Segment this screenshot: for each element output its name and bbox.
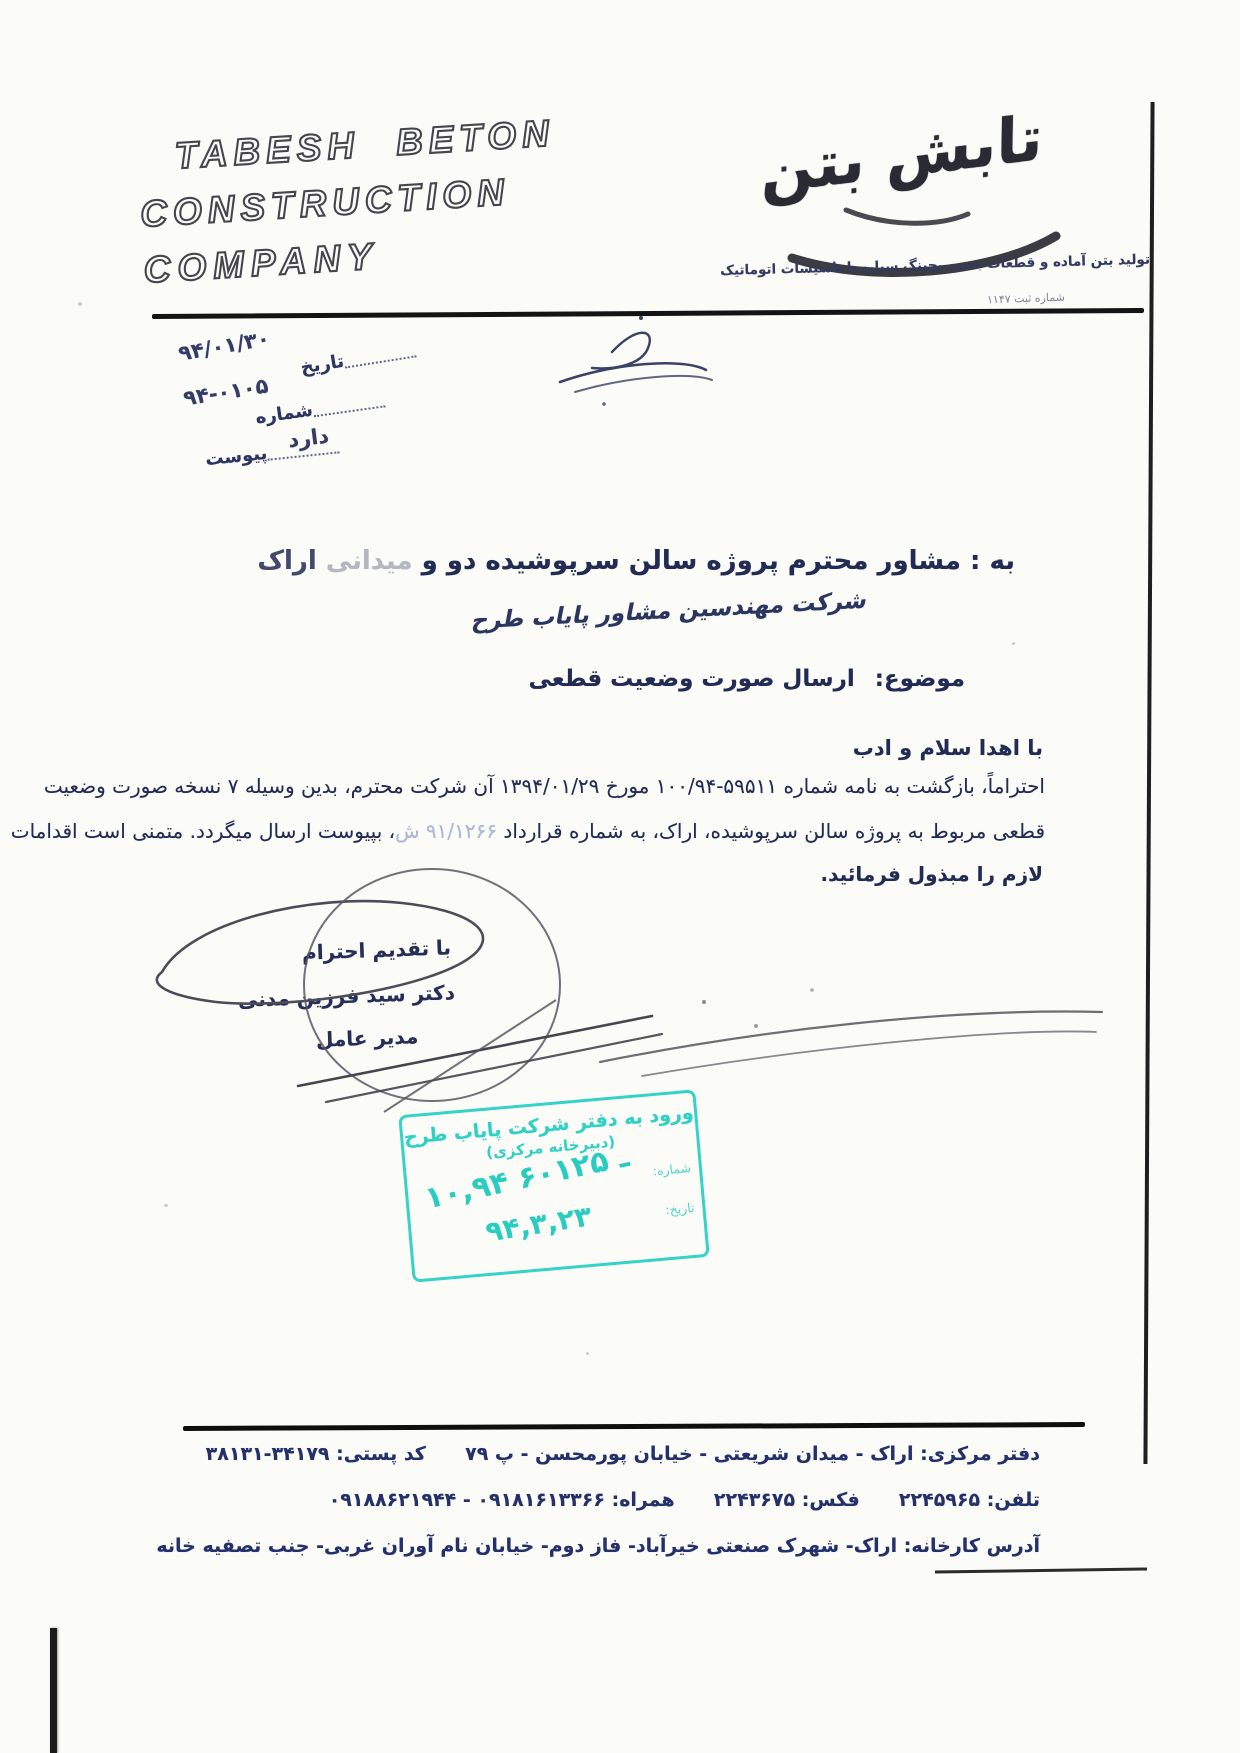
footer-phone-line: تلفن: ۲۲۴۵۹۶۵ فکس: ۲۲۴۳۶۷۵ همراه: ۰۹۱۸۱۶… xyxy=(329,1489,1040,1511)
letter-number-label: شماره xyxy=(254,400,314,429)
attachment-dotted-leader xyxy=(267,447,339,460)
footer-fax-value: ۲۲۴۳۶۷۵ xyxy=(714,1489,795,1511)
contract-number: ۹۱/۱۲۶۶ ش xyxy=(395,819,497,843)
footer-mobile-value: ۰۹۱۸۱۶۱۳۳۶۶ - ۰۹۱۸۸۶۲۱۹۴۴ xyxy=(329,1489,605,1511)
registration-number: شماره ثبت ۱۱۴۷ xyxy=(987,291,1065,307)
entry-stamp-number-label: شماره: xyxy=(652,1160,691,1178)
scan-edge-line xyxy=(1143,102,1154,1464)
entry-stamp-date-value: ۹۴,۳,۲۳ xyxy=(483,1199,594,1248)
footer-fax-label: فکس: xyxy=(802,1489,860,1511)
footer-factory-line: آدرس کارخانه: اراک- شهرک صنعتی خیرآباد- … xyxy=(156,1535,1040,1557)
attachment-field: پیوست xyxy=(204,435,346,471)
company-tagline: تولید بتن آماده و قطعات بتنی، بچینگ سیار… xyxy=(820,252,1150,277)
scan-noise xyxy=(164,1204,168,1207)
footer-factory-label: آدرس کارخانه: xyxy=(904,1535,1040,1557)
entry-stamp: ورود به دفتر شرکت پایاب طرح (دبیرخانه مر… xyxy=(398,1089,710,1282)
subject-label: موضوع: xyxy=(875,666,965,692)
footer-office-label: دفتر مرکزی: xyxy=(920,1443,1040,1465)
bottom-right-rule xyxy=(935,1568,1147,1573)
company-logo-persian: تابش بتن xyxy=(752,99,1051,209)
recipient-text-tail: اراک xyxy=(257,546,325,576)
signatory-title: مدیر عامل xyxy=(316,1024,419,1052)
scan-noise xyxy=(586,1352,589,1355)
attachment-label: پیوست xyxy=(204,443,268,470)
letter-number-dotted-leader xyxy=(313,401,385,417)
scan-noise xyxy=(78,302,82,306)
recipient-text: به : مشاور محترم پروژه سالن سرپوشیده دو … xyxy=(413,546,1015,576)
date-dotted-leader xyxy=(344,351,416,368)
footer-postal-label: کد پستی: xyxy=(336,1443,426,1465)
salutation-line: با اهدا سلام و ادب xyxy=(853,736,1043,760)
footer-postal-value: ۳۸۱۳۱-۳۴۱۷۹ xyxy=(206,1443,330,1465)
closing-phrase: با تقدیم احترام xyxy=(302,935,452,964)
recipient-line: به : مشاور محترم پروژه سالن سرپوشیده دو … xyxy=(257,546,1015,576)
body-paragraph-line-2: قطعی مربوط به پروژه سالن سرپوشیده، اراک،… xyxy=(150,819,1045,843)
date-field: تاریخ xyxy=(299,339,422,379)
entry-stamp-date-label: تاریخ: xyxy=(665,1200,695,1217)
signatory-name: دکتر سید فرزین مدنی xyxy=(238,980,456,1012)
recipient-text-faded: میدانی xyxy=(326,546,413,576)
date-label: تاریخ xyxy=(299,351,345,379)
footer-phone-label: تلفن: xyxy=(987,1489,1040,1511)
body-paragraph-line-1: احتراماً، بازگشت به نامه شماره ۵۹۵۱۱-۱۰۰… xyxy=(150,774,1045,798)
scan-noise xyxy=(1012,642,1015,645)
footer-office-value: اراک - میدان شریعتی - خیابان پورمحسن - پ… xyxy=(465,1443,913,1465)
scan-artifact-bottom-left xyxy=(50,1628,57,1753)
header-rule xyxy=(152,308,1144,319)
footer-phone-value: ۲۲۴۵۹۶۵ xyxy=(899,1489,980,1511)
subject-text: ارسال صورت وضعیت قطعی xyxy=(528,666,854,692)
consultant-company-line: شرکت مهندسین مشاور پایاب طرح xyxy=(470,587,870,634)
footer-office-line: دفتر مرکزی: اراک - میدان شریعتی - خیابان… xyxy=(206,1443,1040,1465)
company-logo-english: TABESH BETON CONSTRUCTION COMPANY xyxy=(135,105,563,298)
footer-mobile-label: همراه: xyxy=(612,1489,675,1511)
body-paragraph-line-3: لازم را مبذول فرمائید. xyxy=(821,862,1043,886)
body-line2-pre: قطعی مربوط به پروژه سالن سرپوشیده، اراک،… xyxy=(497,819,1045,843)
footer-factory-value: اراک- شهرک صنعتی خیرآباد- فاز دوم- خیابا… xyxy=(156,1535,897,1557)
date-value: ۹۴/۰۱/۳۰ xyxy=(177,326,272,366)
letter-number-field: شماره xyxy=(254,389,391,429)
body-line2-post: ، بپیوست ارسال میگردد. متمنی است اقدامات xyxy=(11,819,395,843)
letter-number-value: ۹۴-۰۱۰۵ xyxy=(182,373,270,410)
subject-line: موضوع: ارسال صورت وضعیت قطعی xyxy=(528,666,965,692)
footer-rule xyxy=(183,1422,1085,1431)
scanned-letter-page: { "colors": { "stamp_teal": "#35d2c7", "… xyxy=(0,0,1240,1753)
